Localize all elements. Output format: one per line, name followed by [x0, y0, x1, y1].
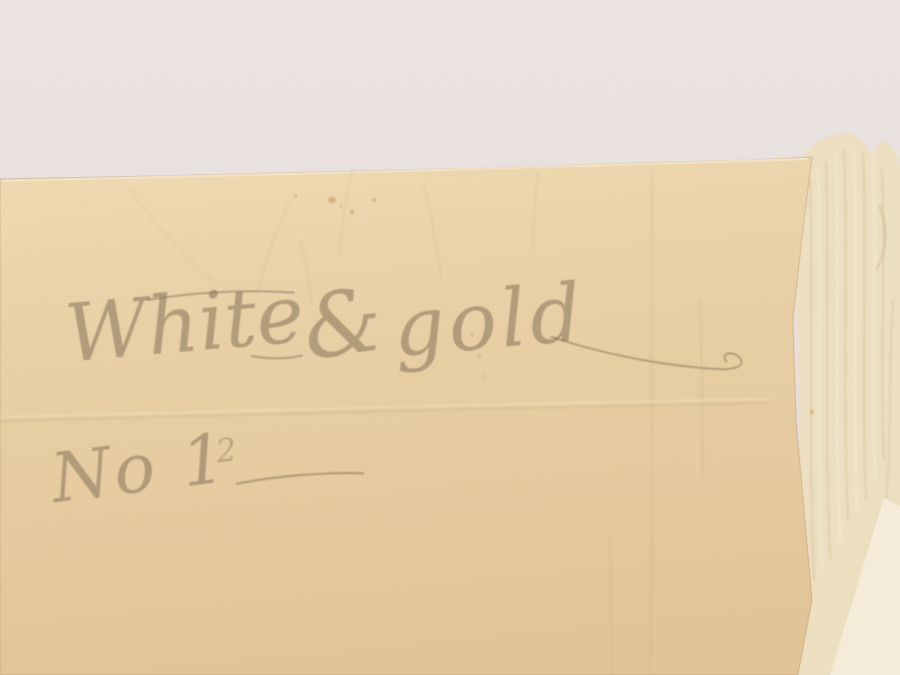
photo-grain — [0, 0, 900, 675]
photograph-frame: White & gold No 1 2 — [0, 0, 900, 675]
photo-canvas: White & gold No 1 2 — [0, 0, 900, 675]
